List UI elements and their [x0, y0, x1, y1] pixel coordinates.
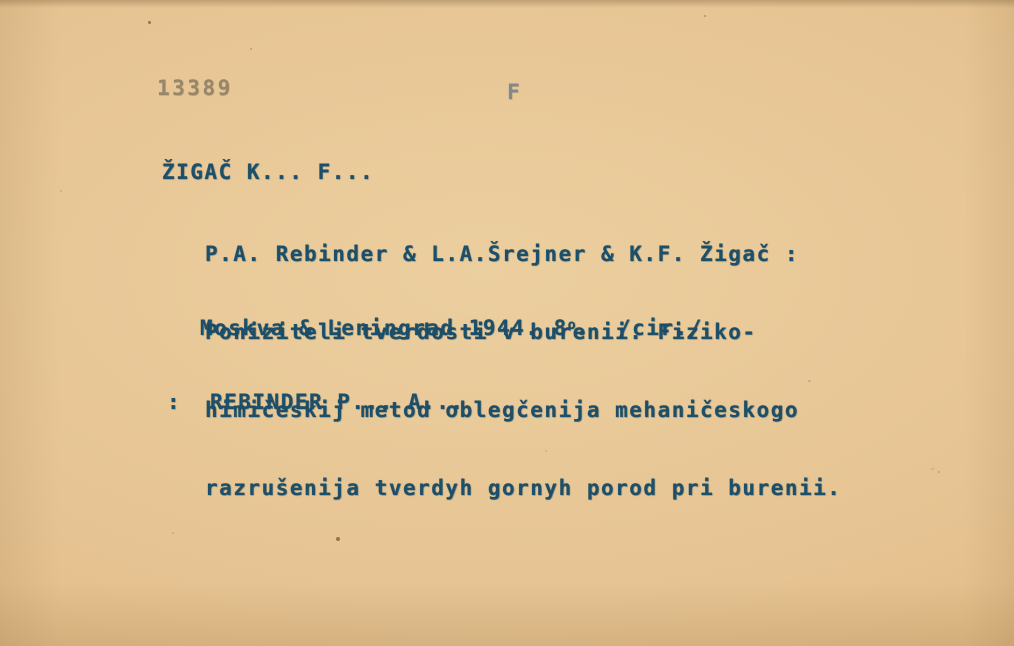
- cross-reference-name: REBINDER P... A...: [210, 390, 465, 414]
- accession-number-stamp: 13389: [157, 76, 233, 100]
- paper-speck: [148, 21, 151, 24]
- paper-speck: [931, 468, 934, 470]
- title-line-1: P.A. Rebinder & L.A.Šrejner & K.F. Žigač…: [205, 241, 841, 267]
- imprint-line: Moskva & Leningrad 1944. 8o. /cir./: [200, 316, 703, 340]
- main-entry-heading: ŽIGAČ K... F...: [162, 160, 374, 184]
- catalog-card: 13389 F ŽIGAČ K... F... P.A. Rebinder & …: [0, 0, 1014, 646]
- imprint-tail: . /cir./: [576, 316, 703, 340]
- title-statement: P.A. Rebinder & L.A.Šrejner & K.F. Žigač…: [205, 189, 841, 553]
- format-superscript: o: [568, 318, 576, 333]
- imprint-place-year: Moskva & Leningrad 1944. 8: [200, 316, 568, 340]
- cross-reference-separator: :: [167, 390, 181, 414]
- paper-speck: [938, 471, 940, 473]
- filing-letter: F: [507, 80, 520, 104]
- title-line-4: razrušenija tverdyh gornyh porod pri bur…: [205, 475, 841, 501]
- paper-speck: [172, 532, 174, 534]
- paper-speck: [250, 48, 252, 50]
- paper-speck: [704, 15, 706, 17]
- paper-speck: [60, 190, 62, 192]
